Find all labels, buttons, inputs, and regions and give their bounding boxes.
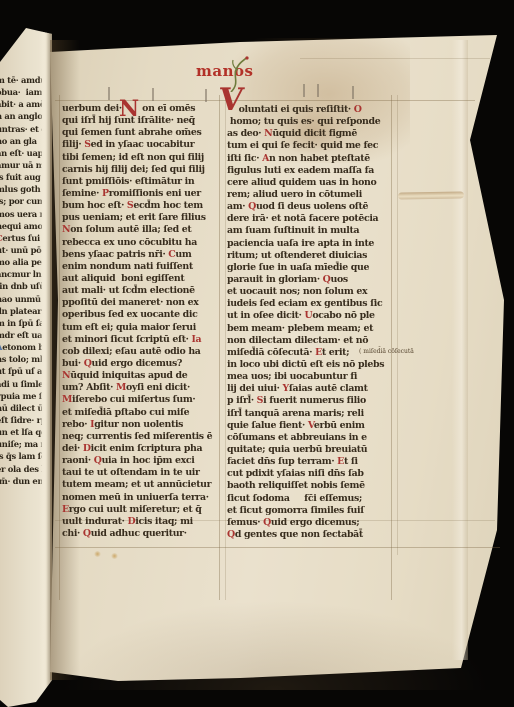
text-line: bens yſaac patris nr̄i· Cum — [62, 249, 222, 261]
text-line: ſemus· Quid ergo dicemus; — [227, 517, 395, 529]
margin-note: ( miſed̄iā cōſecutā — [359, 348, 414, 355]
ink-spot — [111, 553, 118, 559]
text-line: operibus ſed ex uocante dic — [62, 309, 222, 321]
text-line: is q̄s lam ſci — [0, 450, 42, 462]
text-line: cob dilexi; eſau autē odio ha — [62, 346, 222, 358]
text-line: Aetonom b — [0, 341, 42, 353]
text-line: nequi amo — [0, 220, 42, 232]
text-line: aut aliquid boni egiſſent — [62, 273, 222, 285]
text-line: chi· Quid adhuc queritur· — [62, 528, 222, 540]
text-line: in loco ubi dictū eſt eis nō plebs — [227, 359, 395, 371]
text-line: uerbum dei· on eī omēs — [62, 103, 222, 115]
text-line: mea uos; ibi uocabuntur fi — [227, 371, 395, 383]
text-line: bui· Quid ergo dicemus? — [62, 358, 222, 370]
facing-page-text: m tē· amdumobua· iamabit· a amē qn an an… — [0, 74, 42, 487]
text-line: ſunt pmiſſiōis· eſtimātur in — [62, 176, 222, 188]
ascender-stroke — [152, 88, 154, 101]
text-line: dere irā· et notā facere potēcia — [227, 213, 395, 225]
ascender-stroke — [205, 89, 207, 102]
text-line: parauit in gloriam· Quos — [227, 274, 395, 286]
text-line: enim nondum nati fuiſſent — [62, 261, 222, 273]
text-line: raoni· Quia in hoc ip̄m exci — [62, 455, 222, 467]
text-line: tutem meam; et ut annūcietur — [62, 479, 222, 491]
ascender-stroke — [108, 87, 110, 100]
text-line: tum eſt ei; quia maior ſerui — [62, 322, 222, 334]
text-line: quie ſalue fient· Verbū enim — [227, 420, 395, 432]
text-line: ſin dnb uſū — [0, 280, 42, 292]
text-column-right: oluntati ei quis reſiſtit· O homo; tu qu… — [227, 104, 395, 541]
text-line: dei· Dicit enim ſcriptura pha — [62, 443, 222, 455]
text-line: ritum; ut oſtenderet diuicias — [227, 250, 395, 262]
text-line: homo; tu quis es· qui reſponde — [227, 116, 395, 128]
text-line: ancmur ln — [0, 268, 42, 280]
text-line: mos uera no — [0, 208, 42, 220]
initial-flourish-icon — [225, 56, 249, 92]
text-line: im̄· dun emō — [0, 475, 42, 487]
text-line: neq; currentis ſed miſerentis ē — [62, 431, 222, 443]
text-line: cōſumans et abbreuians in e — [227, 432, 395, 444]
text-line: uniſe; ma n — [0, 438, 42, 450]
text-line: Qd gentes que non ſectabāt̄ — [227, 529, 395, 541]
text-line: iſrl̄ tanquā arena maris; reli — [227, 408, 395, 420]
text-line: Nūquid iniquitas apud de — [62, 370, 222, 382]
text-line: p iſrl̄· Si fuerit numerus filio — [227, 395, 395, 407]
text-line: am· Quod ſi deus uolens oſtē — [227, 201, 395, 213]
text-column-left: uerbum dei· on eī omēsqui iſrl̄ hij ſunt… — [62, 103, 222, 540]
text-line: mlus goth — [0, 183, 42, 195]
ruling-vertical — [225, 95, 226, 600]
text-line: non dilectam dilectam· et nō — [227, 335, 395, 347]
text-line: aut mali· ut ſcd̄m electionē — [62, 285, 222, 297]
text-line: am ſuam ſuſtinuit in multa — [227, 225, 395, 237]
ruling-vertical — [59, 95, 60, 600]
text-line: tum ei qui ſe fecit· quid me fec — [227, 140, 395, 152]
ascender-stroke — [303, 84, 305, 97]
text-line: et minori ſicut ſcriptū eſt· Ia — [62, 334, 222, 346]
text-line: no an gla — [0, 135, 42, 147]
text-line: rem; aliud uero in cōtumeli — [227, 189, 395, 201]
gutter-seam-shadow — [46, 28, 52, 707]
text-line: taui te ut oſtendam in te uir — [62, 467, 222, 479]
text-line: lij dei uiui· Yſaias autē clamt — [227, 383, 395, 395]
text-line: ypuia me ſi — [0, 390, 42, 402]
text-line: amur uā m — [0, 159, 42, 171]
text-line: dn platear u — [0, 305, 42, 317]
text-line: er ola des lō — [0, 463, 42, 475]
text-line: oluntati ei quis reſiſtit· O — [227, 104, 395, 116]
text-line: uult indurat· Dicis itaq; mi — [62, 516, 222, 528]
text-line: faciet dn̄s ſup terram· Et ſi — [227, 456, 395, 468]
text-line: Non ſolum autē illa; ſed et — [62, 224, 222, 236]
text-line: n an anglo — [0, 110, 42, 122]
text-line: m tē· amdum — [0, 74, 42, 86]
text-line: et uocauit nos; non ſolum ex — [227, 286, 395, 298]
manuscript-photo: m tē· amdumobua· iamabit· a amē qn an an… — [0, 0, 514, 707]
text-line: carnis hij filij dei; ſed qui filij — [62, 164, 222, 176]
text-line: rebo· Igitur non uolentis — [62, 419, 222, 431]
text-line: bem meam· plebem meam; et — [227, 323, 395, 335]
text-line: cere aliud quidem uas in hono — [227, 177, 395, 189]
text-line: figulus luti ex eadem maſſa fa — [227, 165, 395, 177]
text-line: qui ſemen ſunt abrahe om̄es — [62, 127, 222, 139]
text-line: nao unmū — [0, 293, 42, 305]
text-line: mo alia per — [0, 256, 42, 268]
text-line: ppoſitū dei maneret· non ex — [62, 297, 222, 309]
text-line: um? Abſit· Moyſi eni dicit· — [62, 382, 222, 394]
ruling-vertical — [397, 95, 398, 555]
text-line: is; por cum — [0, 195, 42, 207]
text-line: glorie ſue in uaſa mīed̄ie que — [227, 262, 395, 274]
text-line: et miſed̄iā pſtabo cui miſe — [62, 407, 222, 419]
text-line: is fuit aug — [0, 171, 42, 183]
text-line: quitate; quia uerbū breuiatū — [227, 444, 395, 456]
text-line: nū dilect ū — [0, 402, 42, 414]
ink-spot — [94, 551, 101, 557]
ruling-horizontal — [55, 547, 500, 548]
text-line: baoth reliquiſſet nobis ſemē — [227, 480, 395, 492]
text-line: paciencia uaſa ire apta in inte — [227, 238, 395, 250]
text-line: m in ſpū ſat — [0, 317, 42, 329]
text-line: cut pdixit yſaias niſi dn̄s ſab — [227, 468, 395, 480]
text-line: obua· iam — [0, 86, 42, 98]
text-line: ſemine· Promiſſionis eni uer — [62, 188, 222, 200]
text-line: iudeis ſed eciam ex gentibus ſic — [227, 298, 395, 310]
text-line: filij· Sed in yſaac uocabitur — [62, 139, 222, 151]
text-line: pus ueniam; et erit ſare filius — [62, 212, 222, 224]
text-line: Ergo cui uult miſeretur; et q̄ — [62, 504, 222, 516]
text-line: rebecca ex uno cōcubitu ha — [62, 237, 222, 249]
ruling-horizontal — [300, 58, 490, 59]
text-line: eſt ſidre· rpl — [0, 414, 42, 426]
text-line: et ſicut gomorra ſimiles fuiſ — [227, 505, 395, 517]
ascender-stroke — [317, 84, 319, 97]
text-line: adi u ſimle — [0, 378, 42, 390]
text-line: un et lſa qō — [0, 426, 42, 438]
facing-page-edge: m tē· amdumobua· iamabit· a amē qn an an… — [0, 28, 52, 707]
text-line: Certus ſui — [0, 232, 42, 244]
text-line: mdr eſt uag — [0, 329, 42, 341]
text-line: ut in oſee dicit· Uocabo nō ple — [227, 310, 395, 322]
text-line: ns tolo; mlō — [0, 353, 42, 365]
text-line: ut ſpū uſ an — [0, 365, 42, 377]
text-line: iſti ſic· An non habet pteſtatē — [227, 153, 395, 165]
text-line: nomen meū in uniuerſa terra· — [62, 492, 222, 504]
text-line: ſicut ſodoma fc̄i eſſemus; — [227, 493, 395, 505]
text-line: qui iſrl̄ hij ſunt iſrālite· neq̄ — [62, 115, 222, 127]
text-line: Miſerebo cui miſertus ſum· — [62, 394, 222, 406]
text-line: an eſt· uap — [0, 147, 42, 159]
ascender-stroke — [352, 86, 354, 99]
text-line: bum hoc eſt· Secd̄m hoc tem — [62, 200, 222, 212]
text-line: tibi ſemen; id eſt non qui filij — [62, 152, 222, 164]
ruling-horizontal — [55, 100, 475, 101]
text-line: as deo· Nūquid dicit figmē — [227, 128, 395, 140]
text-line: abit· a amē q — [0, 98, 42, 110]
text-line: untras· et ē — [0, 123, 42, 135]
text-line: ut· unū pō — [0, 244, 42, 256]
